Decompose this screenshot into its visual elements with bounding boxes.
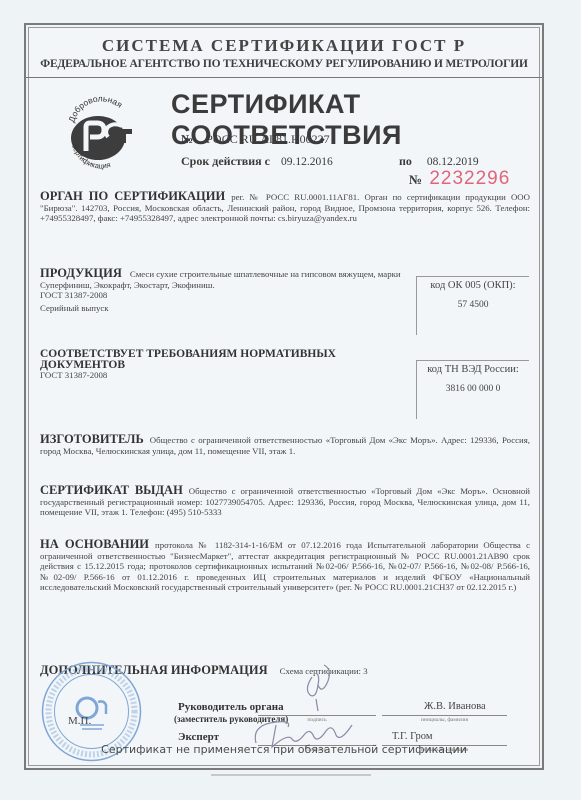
product-line-1: Смеси сухие строительные шпатлевочные на… [130, 269, 401, 279]
stamp-place-label: М.П. [68, 715, 91, 727]
agency-name: ФЕДЕРАЛЬНОЕ АГЕНТСТВО ПО ТЕХНИЧЕСКОМУ РЕ… [26, 58, 542, 70]
head-name-line [382, 715, 507, 716]
serial-number-line: № 2232296 [409, 168, 510, 190]
certification-body-heading: ОРГАН ПО СЕРТИФИКАЦИИ [40, 189, 225, 203]
okp-code-box: код ОК 005 (ОКП): 57 4500 [416, 276, 529, 335]
number-label: № [181, 132, 193, 146]
certificate-number-line: № РОСС RU.АГ81.Н00227 [181, 132, 330, 147]
certificate-number: РОСС RU.АГ81.Н00227 [206, 132, 330, 146]
serial-number: 2232296 [429, 168, 510, 189]
certification-body-section: ОРГАН ПО СЕРТИФИКАЦИИрег. № РОСС RU.0001… [40, 191, 530, 224]
basis-heading: НА ОСНОВАНИИ [40, 537, 149, 551]
product-line-4: Серийный выпуск [40, 303, 420, 314]
valid-to: 08.12.2019 [427, 156, 479, 168]
tnved-code-value: 3816 00 000 0 [417, 384, 529, 394]
head-signature-line [258, 715, 376, 716]
conformity-heading: СООТВЕТСТВУЕТ ТРЕБОВАНИЯМ НОРМАТИВНЫХ ДО… [40, 348, 336, 371]
head-signature-caption: подпись [258, 717, 376, 723]
tnved-code-box: код ТН ВЭД России: 3816 00 000 0 [416, 360, 529, 419]
rst-logo-icon: Добровольная сертификация [64, 93, 136, 173]
validity-to-line: по 08.12.2019 [399, 154, 479, 169]
valid-label: Срок действия с [181, 154, 270, 168]
head-signature-icon [294, 655, 334, 715]
valid-to-label: по [399, 154, 412, 168]
product-section: ПРОДУКЦИЯСмеси сухие строительные шпатле… [40, 268, 420, 313]
conformity-standard: ГОСТ 31387-2008 [40, 370, 420, 381]
footer-note: Сертификат не применяется при обязательн… [26, 743, 542, 756]
head-name: Ж.В. Иванова [424, 701, 486, 712]
manufacturer-section: ИЗГОТОВИТЕЛЬОбщество с ограниченной отве… [40, 434, 530, 456]
expert-role: Эксперт [178, 731, 219, 743]
certificate-page: СИСТЕМА СЕРТИФИКАЦИИ ГОСТ Р ФЕДЕРАЛЬНОЕ … [24, 23, 544, 770]
issued-to-heading: СЕРТИФИКАТ ВЫДАН [40, 483, 183, 497]
head-role: Руководитель органа [178, 701, 284, 713]
system-title: СИСТЕМА СЕРТИФИКАЦИИ ГОСТ Р [26, 36, 542, 56]
conformity-section: СООТВЕТСТВУЕТ ТРЕБОВАНИЯМ НОРМАТИВНЫХ ДО… [40, 349, 420, 381]
manufacturer-heading: ИЗГОТОВИТЕЛЬ [40, 432, 144, 446]
header-band: СИСТЕМА СЕРТИФИКАЦИИ ГОСТ Р ФЕДЕРАЛЬНОЕ … [26, 25, 542, 78]
product-line-2: Суперфиниш, Экокрафт, Экостарт, Экофиниш… [40, 280, 420, 291]
product-line-3: ГОСТ 31387-2008 [40, 290, 420, 301]
printer-imprint [0, 772, 581, 777]
validity-from-line: Срок действия с 09.12.2016 [181, 154, 333, 169]
expert-name: Т.Г. Гром [392, 731, 432, 742]
issued-to-section: СЕРТИФИКАТ ВЫДАНОбщество с ограниченной … [40, 485, 530, 518]
valid-from: 09.12.2016 [281, 156, 333, 168]
head-name-caption: инициалы, фамилия [382, 717, 507, 723]
tnved-code-label: код ТН ВЭД России: [417, 364, 529, 375]
okp-code-value: 57 4500 [417, 300, 529, 310]
product-heading: ПРОДУКЦИЯ [40, 266, 122, 280]
okp-code-label: код ОК 005 (ОКП): [417, 280, 529, 291]
basis-section: НА ОСНОВАНИИпротокола № 1182-314-1-16/БМ… [40, 539, 530, 593]
serial-label: № [409, 172, 422, 187]
